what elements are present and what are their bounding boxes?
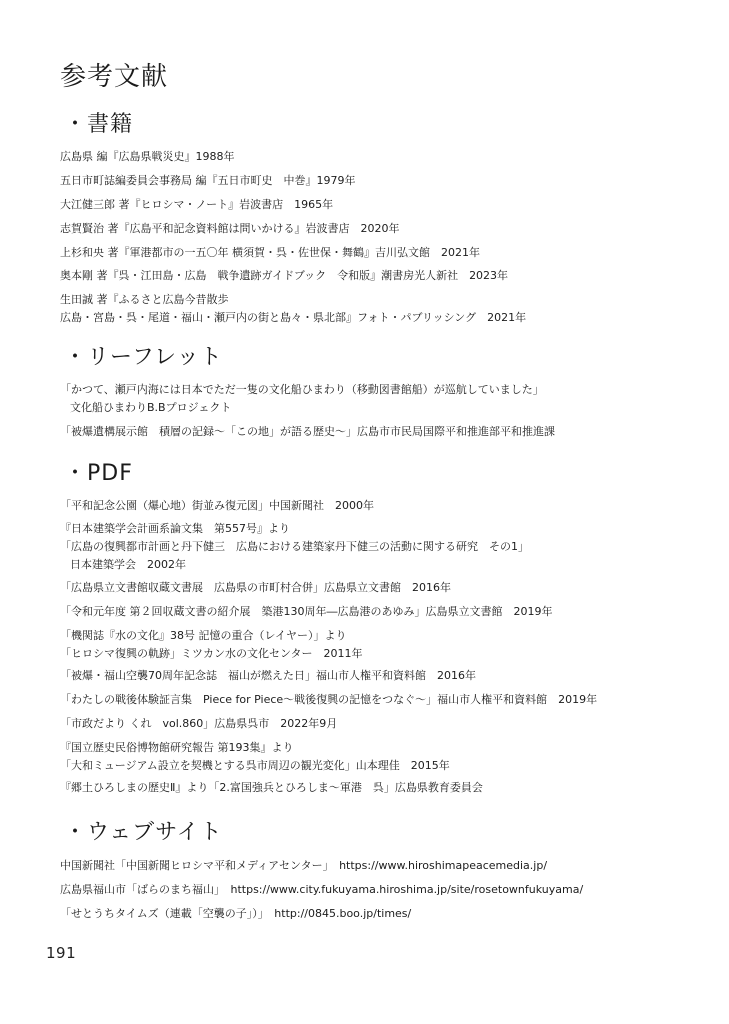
- reference-line: 日本建築学会 2002年: [60, 556, 529, 574]
- reference-line: 五日市町誌編委員会事務局 編『五日市町史 中巻』1979年: [60, 172, 356, 190]
- reference-line: 文化船ひまわりB.Bプロジェクト: [60, 399, 544, 417]
- reference-line: 生田誠 著『ふるさと広島今昔散歩: [60, 291, 526, 309]
- reference-entry: 「機関誌『水の文化』38号 記憶の重合（レイヤー）」より 「ヒロシマ復興の軌跡」…: [60, 627, 363, 663]
- reference-line: 『日本建築学会計画系論文集 第557号』より: [60, 520, 529, 538]
- reference-entry: 広島県福山市「ばらのまち福山」 https://www.city.fukuyam…: [60, 881, 583, 899]
- section-heading-websites: ・ウェブサイト: [64, 818, 223, 848]
- reference-line: 「令和元年度 第２回収蔵文書の紹介展 築港130周年―広島港のあゆみ」広島県立文…: [60, 603, 552, 621]
- reference-entry: 「平和記念公園（爆心地）街並み復元図」中国新聞社 2000年: [60, 497, 374, 515]
- reference-entry: 五日市町誌編委員会事務局 編『五日市町史 中巻』1979年: [60, 172, 356, 190]
- reference-entry: 「令和元年度 第２回収蔵文書の紹介展 築港130周年―広島港のあゆみ」広島県立文…: [60, 603, 552, 621]
- reference-entry: 『日本建築学会計画系論文集 第557号』より 「広島の復興都市計画と丹下健三 広…: [60, 520, 529, 574]
- reference-line: 「市政だより くれ vol.860」広島県呉市 2022年9月: [60, 715, 337, 733]
- reference-line: 「せとうちタイムズ（連載「空襲の子」）」 http://0845.boo.jp/…: [60, 905, 411, 923]
- section-heading-leaflets: ・リーフレット: [64, 343, 223, 373]
- reference-line: 広島・宮島・呉・尾道・福山・瀬戸内の街と島々・県北部』フォト・パブリッシング 2…: [60, 309, 526, 327]
- reference-line: 「かつて、瀬戸内海には日本でただ一隻の文化船ひまわり（移動図書館船）が巡航してい…: [60, 381, 544, 399]
- reference-entry: 広島県 編『広島県戦災史』1988年: [60, 148, 235, 166]
- reference-line: 「大和ミュージアム設立を契機とする呉市周辺の観光変化」山本理佳 2015年: [60, 757, 450, 775]
- reference-entry: 『国立歴史民俗博物館研究報告 第193集』より 「大和ミュージアム設立を契機とす…: [60, 739, 450, 775]
- reference-line: 「被爆・福山空襲70周年記念誌 福山が燃えた日」福山市人権平和資料館 2016年: [60, 667, 476, 685]
- reference-entry: 上杉和央 著『軍港都市の一五〇年 横須賀・呉・佐世保・舞鶴』吉川弘文館 2021…: [60, 244, 480, 262]
- reference-line: 「わたしの戦後体験証言集 Piece for Piece～戦後復興の記憶をつなぐ…: [60, 691, 597, 709]
- reference-entry: 生田誠 著『ふるさと広島今昔散歩 広島・宮島・呉・尾道・福山・瀬戸内の街と島々・…: [60, 291, 526, 327]
- reference-entry: 「せとうちタイムズ（連載「空襲の子」）」 http://0845.boo.jp/…: [60, 905, 411, 923]
- reference-line: 「被爆遺構展示館 積層の記録～「この地」が語る歴史～」広島市市民局国際平和推進部…: [60, 423, 555, 441]
- reference-entry: 「被爆・福山空襲70周年記念誌 福山が燃えた日」福山市人権平和資料館 2016年: [60, 667, 476, 685]
- reference-line: 「機関誌『水の文化』38号 記憶の重合（レイヤー）」より: [60, 627, 363, 645]
- reference-line: 奥本剛 著『呉・江田島・広島 戦争遺跡ガイドブック 令和版』潮書房光人新社 20…: [60, 267, 508, 285]
- reference-line: 上杉和央 著『軍港都市の一五〇年 横須賀・呉・佐世保・舞鶴』吉川弘文館 2021…: [60, 244, 480, 262]
- reference-line: 『国立歴史民俗博物館研究報告 第193集』より: [60, 739, 450, 757]
- reference-entry: 「被爆遺構展示館 積層の記録～「この地」が語る歴史～」広島市市民局国際平和推進部…: [60, 423, 555, 441]
- reference-entry: 「市政だより くれ vol.860」広島県呉市 2022年9月: [60, 715, 337, 733]
- reference-entry: 「かつて、瀬戸内海には日本でただ一隻の文化船ひまわり（移動図書館船）が巡航してい…: [60, 381, 544, 417]
- reference-entry: 志賀賢治 著『広島平和記念資料館は問いかける』岩波書店 2020年: [60, 220, 400, 238]
- page-number: 191: [46, 944, 76, 962]
- reference-line: 大江健三郎 著『ヒロシマ・ノート』岩波書店 1965年: [60, 196, 333, 214]
- reference-line: 広島県福山市「ばらのまち福山」 https://www.city.fukuyam…: [60, 881, 583, 899]
- reference-entry: 「広島県立文書館収蔵文書展 広島県の市町村合併」広島県立文書館 2016年: [60, 579, 451, 597]
- page-title: 参考文献: [60, 60, 168, 94]
- reference-entry: 『郷土ひろしまの歴史Ⅱ』より「2.富国強兵とひろしま～軍港 呉」広島県教育委員会: [60, 779, 483, 797]
- reference-entry: 中国新聞社「中国新聞ヒロシマ平和メディアセンター」 https://www.hi…: [60, 857, 547, 875]
- reference-entry: 「わたしの戦後体験証言集 Piece for Piece～戦後復興の記憶をつなぐ…: [60, 691, 597, 709]
- reference-entry: 大江健三郎 著『ヒロシマ・ノート』岩波書店 1965年: [60, 196, 333, 214]
- reference-line: 広島県 編『広島県戦災史』1988年: [60, 148, 235, 166]
- reference-line: 「平和記念公園（爆心地）街並み復元図」中国新聞社 2000年: [60, 497, 374, 515]
- reference-line: 志賀賢治 著『広島平和記念資料館は問いかける』岩波書店 2020年: [60, 220, 400, 238]
- section-heading-books: ・書籍: [64, 110, 133, 140]
- reference-line: 「広島県立文書館収蔵文書展 広島県の市町村合併」広島県立文書館 2016年: [60, 579, 451, 597]
- reference-line: 『郷土ひろしまの歴史Ⅱ』より「2.富国強兵とひろしま～軍港 呉」広島県教育委員会: [60, 779, 483, 797]
- reference-line: 中国新聞社「中国新聞ヒロシマ平和メディアセンター」 https://www.hi…: [60, 857, 547, 875]
- reference-line: 「広島の復興都市計画と丹下健三 広島における建築家丹下健三の活動に関する研究 そ…: [60, 538, 529, 556]
- reference-entry: 奥本剛 著『呉・江田島・広島 戦争遺跡ガイドブック 令和版』潮書房光人新社 20…: [60, 267, 508, 285]
- reference-line: 「ヒロシマ復興の軌跡」ミツカン水の文化センター 2011年: [60, 645, 363, 663]
- section-heading-pdf: ・PDF: [64, 459, 133, 489]
